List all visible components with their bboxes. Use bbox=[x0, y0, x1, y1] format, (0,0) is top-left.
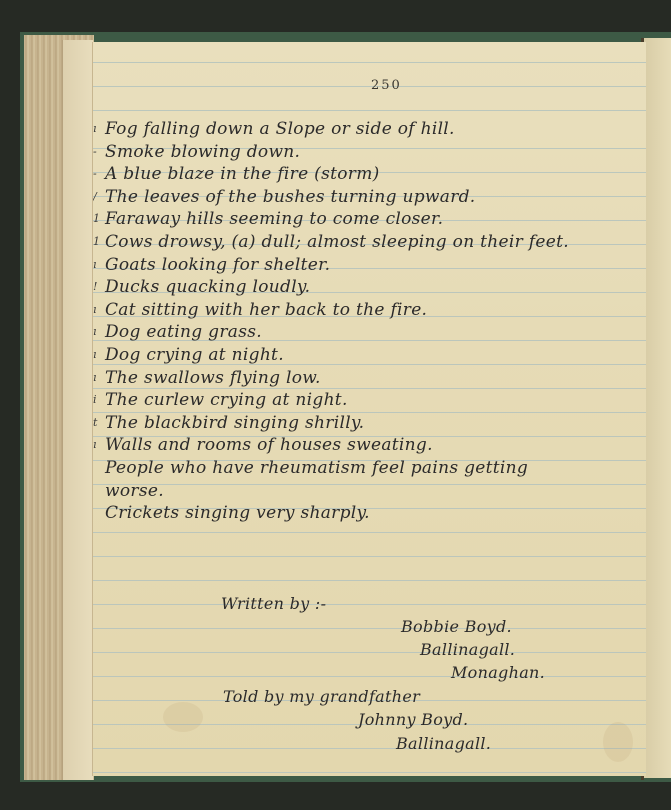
page-edges-inner bbox=[62, 40, 93, 780]
author-name: Bobbie Boyd. bbox=[401, 617, 512, 636]
margin-tick: / bbox=[93, 186, 103, 209]
told-by-label: Told by my grandfather bbox=[223, 687, 420, 706]
margin-tick: ! bbox=[93, 276, 103, 299]
list-item: The blackbird singing shrilly. bbox=[105, 412, 569, 435]
list-item: Faraway hills seeming to come closer. bbox=[105, 208, 569, 231]
list-item: Walls and rooms of houses sweating. bbox=[105, 434, 569, 457]
list-item: People who have rheumatism feel pains ge… bbox=[105, 457, 569, 480]
list-item: Ducks quacking loudly. bbox=[105, 276, 569, 299]
source-name: Johnny Boyd. bbox=[358, 710, 468, 729]
facing-page-edge bbox=[644, 38, 671, 778]
list-item: Cat sitting with her back to the fire. bbox=[105, 299, 569, 322]
list-item: Cows drowsy, (a) dull; almost sleeping o… bbox=[105, 231, 569, 254]
list-item: Smoke blowing down. bbox=[105, 141, 569, 164]
list-item: The curlew crying at night. bbox=[105, 389, 569, 412]
notebook-page: 250 ı - - / 1 1 ı ! ı ı ı ı i t ı Fog fa… bbox=[92, 42, 646, 776]
margin-tick: 1 bbox=[93, 208, 103, 231]
list-item: The leaves of the bushes turning upward. bbox=[105, 186, 569, 209]
list-item: Dog eating grass. bbox=[105, 321, 569, 344]
list-item: The swallows flying low. bbox=[105, 367, 569, 390]
list-item: A blue blaze in the fire (storm) bbox=[105, 163, 569, 186]
paper-stain bbox=[163, 702, 203, 732]
margin-tick: - bbox=[93, 141, 103, 164]
weather-signs-list: Fog falling down a Slope or side of hill… bbox=[105, 118, 569, 525]
margin-tick: ı bbox=[93, 118, 103, 141]
author-county: Monaghan. bbox=[451, 663, 545, 682]
source-town: Ballinagall. bbox=[396, 734, 491, 753]
margin-tick: ı bbox=[93, 321, 103, 344]
margin-tick: ı bbox=[93, 434, 103, 457]
paper-stain bbox=[603, 722, 633, 762]
list-item: Goats looking for shelter. bbox=[105, 254, 569, 277]
margin-tick: ı bbox=[93, 299, 103, 322]
page-number: 250 bbox=[371, 78, 402, 93]
margin-ticks: ı - - / 1 1 ı ! ı ı ı ı i t ı bbox=[93, 118, 103, 457]
margin-tick: ı bbox=[93, 344, 103, 367]
margin-tick: ı bbox=[93, 367, 103, 390]
author-town: Ballinagall. bbox=[420, 640, 515, 659]
margin-tick: - bbox=[93, 163, 103, 186]
written-by-label: Written by :- bbox=[221, 594, 326, 613]
margin-tick: 1 bbox=[93, 231, 103, 254]
margin-tick: i bbox=[93, 389, 103, 412]
list-item: Fog falling down a Slope or side of hill… bbox=[105, 118, 569, 141]
list-item: worse. bbox=[105, 480, 569, 503]
list-item: Crickets singing very sharply. bbox=[105, 502, 569, 525]
margin-tick: t bbox=[93, 412, 103, 435]
margin-tick: ı bbox=[93, 254, 103, 277]
list-item: Dog crying at night. bbox=[105, 344, 569, 367]
